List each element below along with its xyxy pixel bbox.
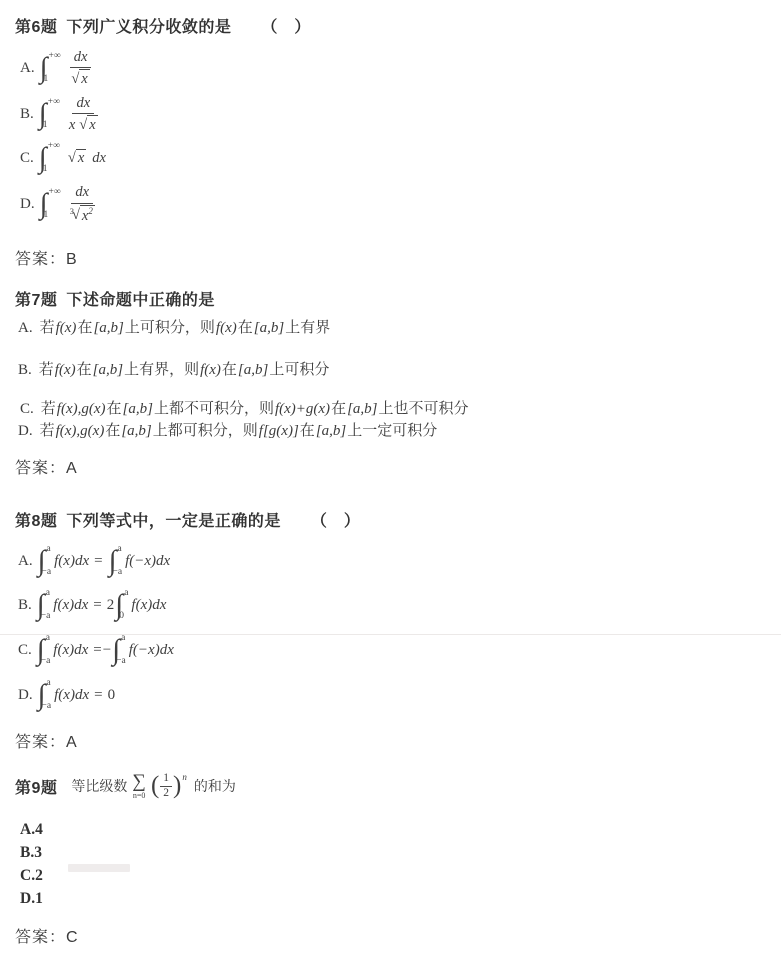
text-segment: 上都不可积分，则	[154, 397, 274, 418]
radicand: x2	[80, 205, 95, 225]
upper-limit: +∞	[48, 97, 60, 107]
radical-sign: √	[79, 116, 87, 134]
integrand: f(−x)dx	[125, 553, 170, 570]
integral-limits: a −a	[46, 588, 51, 622]
denominator: 3√x2	[70, 204, 95, 225]
denominator: 2	[163, 787, 169, 800]
q7-option-c: C. 若 f(x),g(x)在[a,b]上都不可积分，则 f(x)+g(x)在[…	[20, 397, 469, 418]
radicand-exponent: 2	[88, 206, 93, 216]
answer-value: A	[66, 734, 78, 751]
q8-option-b: B. ∫ a −a f(x)dx = 2 ∫ a 0 f(x)dx	[18, 585, 166, 625]
answer-value: A	[66, 460, 78, 477]
left-paren: (	[151, 775, 159, 798]
radical-sign: √	[71, 70, 79, 88]
upper-limit: a	[121, 633, 126, 643]
integral-limits: a −a	[46, 633, 51, 667]
math-segment: [a,b]	[253, 320, 285, 337]
integral-limits: +∞ 1	[48, 141, 60, 175]
q9-option-a: A.4	[20, 818, 43, 841]
q9-number: 第9题	[15, 775, 57, 798]
right-paren: )	[173, 775, 181, 798]
right-hand-side: 0	[108, 687, 116, 704]
q8-option-a: A. ∫ a −a f(x)dx = ∫ a −a f(−x)dx	[18, 541, 170, 581]
option-label: A.	[20, 60, 35, 77]
upper-limit: a	[124, 588, 128, 598]
text-segment: 若	[41, 397, 56, 418]
answer-label: 答案：	[15, 929, 66, 946]
upper-limit: +∞	[49, 187, 61, 197]
text-segment: 在	[238, 316, 253, 337]
integral: ∫ a −a	[37, 633, 51, 667]
option-label: D.	[18, 423, 33, 440]
q8-answer: 答案：A	[15, 729, 78, 752]
text-segment: 的和为	[194, 776, 236, 796]
math-segment: [a,b]	[122, 401, 154, 418]
q8-option-c: C. ∫ a −a f(x)dx = − ∫ a −a f(−x)dx	[18, 630, 174, 670]
math-segment: f(x)	[215, 320, 238, 337]
lower-limit: −a	[41, 611, 51, 621]
q9-title: 第9题 等比级数 ∑ n=0 ( 1 2 ) n 的和为	[15, 772, 236, 800]
q8-option-d: D. ∫ a −a f(x)dx = 0	[18, 675, 115, 715]
integrand: f(x)dx	[53, 597, 88, 614]
text-segment: 在	[331, 397, 346, 418]
lower-limit: −a	[42, 701, 52, 711]
equals-sign: =	[93, 642, 101, 659]
summation: ∑ n=0	[132, 772, 146, 800]
math-segment: [a,b]	[315, 423, 347, 440]
square-root: √x	[79, 115, 97, 134]
lower-limit: 1	[43, 120, 60, 130]
numerator: dx	[70, 48, 92, 68]
minus-sign: −	[103, 642, 111, 659]
scan-artifact-smudge	[68, 864, 130, 872]
q7-number: 第7题	[15, 292, 57, 309]
cube-root: 3√x2	[70, 205, 95, 225]
answer-label: 答案：	[15, 460, 66, 477]
fraction: dx √x	[70, 48, 92, 88]
text-segment: 在	[105, 419, 120, 440]
text-segment: 上也不可积分	[379, 397, 469, 418]
lower-limit: 1	[44, 210, 61, 220]
integral-limits: a −a	[47, 544, 52, 578]
q8-title: 第8题下列等式中，一定是正确的是（ ）	[15, 508, 360, 531]
text-segment: 上都可积分，则	[153, 419, 258, 440]
option-label: B.	[20, 106, 34, 123]
integral: ∫ a −a	[112, 633, 126, 667]
q7-option-d: D. 若 f(x),g(x)在[a,b]上都可积分，则 f[g(x)]在[a,b…	[18, 419, 437, 440]
integral: ∫ a 0	[115, 588, 128, 622]
coefficient: 2	[107, 597, 115, 614]
integral-limits: a 0	[124, 588, 128, 622]
numerator: dx	[71, 183, 93, 203]
option-label: D.	[18, 687, 33, 704]
square-root: √x	[68, 149, 86, 167]
answer-value: C	[66, 929, 79, 946]
lower-limit: −a	[116, 656, 126, 666]
q9-option-d: D.1	[20, 887, 43, 910]
integrand: f(x)dx	[53, 642, 88, 659]
option-label: C.	[20, 401, 34, 418]
integral-limits: a −a	[121, 633, 126, 667]
summation-lower-limit: n=0	[133, 792, 146, 800]
option-label: A.	[18, 553, 33, 570]
text-segment: 在	[222, 358, 237, 379]
text-segment: 若	[39, 358, 54, 379]
math-segment: [a,b]	[92, 320, 124, 337]
math-segment: f(x),g(x)	[56, 401, 107, 418]
option-label: B.	[18, 362, 32, 379]
upper-limit: +∞	[49, 51, 61, 61]
text-segment: 若	[40, 419, 55, 440]
math-segment: f(x)+g(x)	[274, 401, 331, 418]
option-label: C.	[18, 642, 32, 659]
upper-limit: a	[46, 633, 51, 643]
fraction: dx 3√x2	[70, 183, 95, 224]
text-segment: 上有界	[285, 316, 330, 337]
math-segment: [a,b]	[346, 401, 378, 418]
math-segment: [a,b]	[92, 362, 124, 379]
answer-label: 答案：	[15, 734, 66, 751]
q9-option-b: B.3	[20, 841, 43, 864]
q6-answer: 答案：B	[15, 246, 78, 269]
upper-limit: a	[118, 544, 123, 554]
q8-number: 第8题	[15, 513, 57, 530]
lower-limit: −a	[113, 567, 123, 577]
q6-title: 第6题下列广义积分收敛的是（ ）	[15, 14, 311, 37]
integral-limits: +∞ 1	[48, 97, 60, 131]
text-segment: 若	[40, 316, 55, 337]
equals-sign: =	[93, 597, 101, 614]
option-label: C.	[20, 150, 34, 167]
upper-limit: +∞	[48, 141, 60, 151]
q9-question-text: 等比级数 ∑ n=0 ( 1 2 ) n 的和为	[71, 772, 235, 800]
denominator: x √x	[69, 114, 98, 134]
q7-option-a: A. 若 f(x)在[a,b]上可积分，则 f(x)在[a,b]上有界	[18, 316, 330, 337]
numerator: dx	[72, 94, 94, 114]
text-segment: 上可积分，则	[125, 316, 215, 337]
option-label: B.	[18, 597, 32, 614]
integral: ∫ a −a	[37, 588, 51, 622]
q8-answer-brackets: （ ）	[311, 513, 361, 530]
q9-options: A.4 B.3 C.2 D.1	[20, 818, 43, 910]
option-label: A.	[18, 320, 33, 337]
integral: ∫ +∞ 1	[40, 187, 61, 221]
text-segment: 在	[77, 358, 92, 379]
q7-question-text: 下述命题中正确的是	[66, 292, 215, 309]
lower-limit: −a	[41, 656, 51, 666]
radicand: x	[87, 115, 97, 134]
fraction: dx x √x	[69, 94, 98, 134]
fraction: 1 2	[160, 772, 172, 799]
radicand: x	[79, 69, 89, 88]
sigma-sign: ∑	[132, 772, 146, 791]
lower-limit: 1	[43, 164, 60, 174]
math-segment: f(x),g(x)	[55, 423, 106, 440]
denominator: √x	[71, 68, 89, 88]
integral: ∫ +∞ 1	[39, 141, 60, 175]
radicand: x	[76, 149, 86, 167]
radical-sign: √	[68, 150, 76, 167]
q7-option-b: B. 若 f(x)在[a,b]上有界，则 f(x)在[a,b]上可积分	[18, 358, 329, 379]
integral: ∫ a −a	[38, 678, 52, 712]
q8-question-text: 下列等式中，一定是正确的是	[66, 513, 281, 530]
q6-option-d: D. ∫ +∞ 1 dx 3√x2	[20, 184, 95, 224]
integrand: f(x)dx	[131, 597, 166, 614]
differential: dx	[92, 150, 106, 167]
math-segment: f(x)	[199, 362, 222, 379]
equals-sign: =	[94, 553, 102, 570]
math-segment: [a,b]	[237, 362, 269, 379]
upper-limit: a	[47, 678, 52, 688]
q6-option-b: B. ∫ +∞ 1 dx x √x	[20, 94, 98, 134]
q9-answer: 答案：C	[15, 924, 79, 947]
upper-limit: a	[46, 588, 51, 598]
lower-limit: 1	[44, 74, 61, 84]
integral: ∫ +∞ 1	[40, 51, 61, 85]
integral: ∫ a −a	[38, 544, 52, 578]
integral: ∫ a −a	[109, 544, 123, 578]
q6-answer-brackets: （ ）	[261, 19, 311, 36]
q6-question-text: 下列广义积分收敛的是	[66, 19, 231, 36]
denominator-factor: x	[69, 116, 75, 134]
text-segment: 在	[107, 397, 122, 418]
q6-option-a: A. ∫ +∞ 1 dx √x	[20, 48, 91, 88]
math-segment: f[g(x)]	[258, 423, 300, 440]
integrand: f(−x)dx	[129, 642, 174, 659]
integrand: f(x)dx	[54, 687, 89, 704]
text-segment: 在	[77, 316, 92, 337]
text-segment: 上可积分	[269, 358, 329, 379]
text-segment: 等比级数	[71, 776, 127, 796]
text-segment: 上一定可积分	[347, 419, 437, 440]
option-label: D.	[20, 196, 35, 213]
text-segment: 上有界，则	[124, 358, 199, 379]
lower-limit: −a	[42, 567, 52, 577]
root-index: 3	[70, 206, 74, 217]
integral-limits: a −a	[47, 678, 52, 712]
square-root: √x	[71, 69, 89, 88]
equals-sign: =	[94, 687, 102, 704]
q7-answer: 答案：A	[15, 455, 78, 478]
q9-option-c: C.2	[20, 864, 43, 887]
integral-limits: +∞ 1	[49, 51, 61, 85]
exponent: n	[182, 772, 187, 782]
integral: ∫ +∞ 1	[39, 97, 60, 131]
text-segment: 在	[300, 419, 315, 440]
numerator: 1	[160, 772, 172, 786]
q7-title: 第7题下述命题中正确的是	[15, 287, 215, 310]
lower-limit: 0	[119, 611, 128, 621]
upper-limit: a	[47, 544, 52, 554]
math-segment: f(x)	[55, 320, 78, 337]
q6-option-c: C. ∫ +∞ 1 √x dx	[20, 140, 106, 176]
answer-value: B	[66, 251, 78, 268]
integral-limits: +∞ 1	[49, 187, 61, 221]
q6-number: 第6题	[15, 19, 57, 36]
integral-limits: a −a	[118, 544, 123, 578]
math-segment: [a,b]	[120, 423, 152, 440]
integrand: f(x)dx	[54, 553, 89, 570]
answer-label: 答案：	[15, 251, 66, 268]
math-segment: f(x)	[54, 362, 77, 379]
